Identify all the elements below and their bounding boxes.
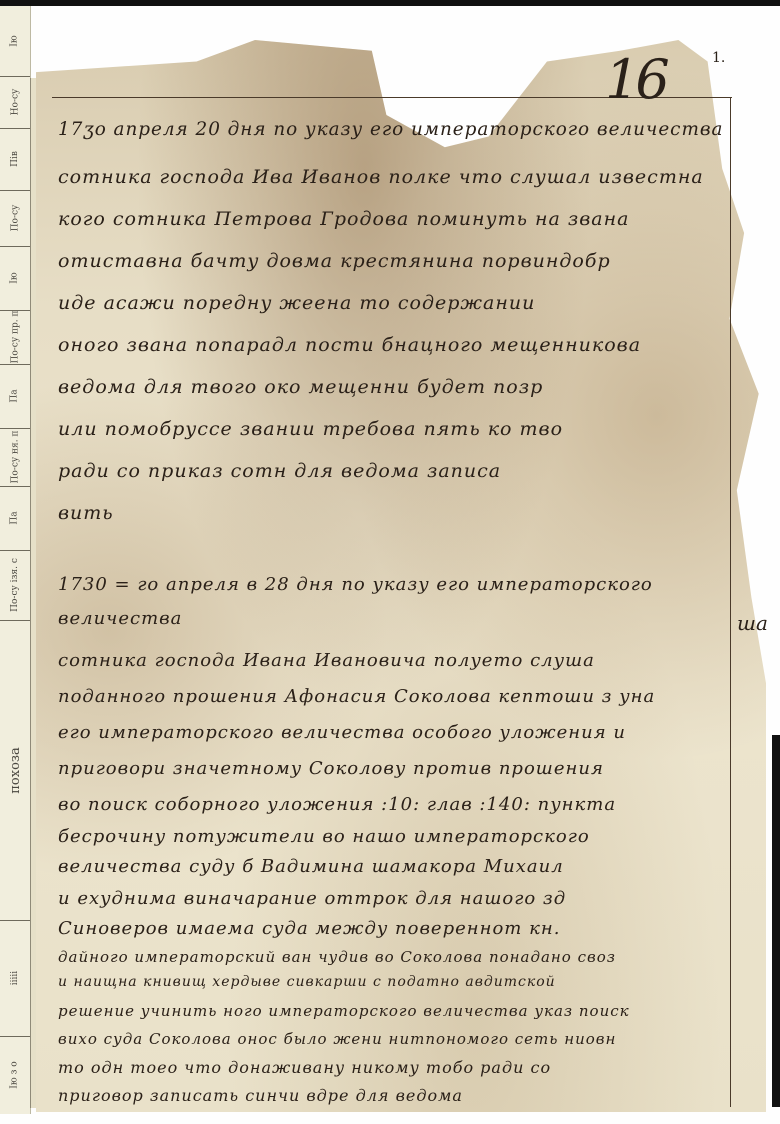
scan-top-edge xyxy=(0,0,780,6)
margin-index-cell: Ію xyxy=(0,6,30,77)
manuscript-line: дайного императорский ван чудив во Сокол… xyxy=(58,948,616,966)
margin-index-cell: По-су ня. п xyxy=(0,428,30,487)
right-margin-note: ша xyxy=(737,611,768,635)
manuscript-line: кого сотника Петрова Гродова поминуть на… xyxy=(58,208,629,230)
manuscript-line: приговор записать синчи вдре для ведома xyxy=(58,1086,463,1105)
ruled-right-margin-line xyxy=(730,97,731,1107)
margin-index-cell: Ію xyxy=(0,246,30,311)
margin-index-cell: По-су ізя. с xyxy=(0,550,30,621)
page-number: 16 xyxy=(605,48,666,111)
manuscript-line: 1730 = го апреля в 28 дня по указу его и… xyxy=(58,574,653,595)
manuscript-line: сотника господа Ивана Ивановича полуето … xyxy=(58,650,595,671)
manuscript-line: Синоверов имаема суда между повереннот к… xyxy=(58,918,560,939)
manuscript-line: и ехуднима виначарание оттрок для нашого… xyxy=(58,888,566,909)
margin-index-cell: Пів xyxy=(0,128,30,191)
manuscript-line: или помобруссе звании требова пять ко тв… xyxy=(58,418,563,440)
manuscript-line: ради со приказ сотн для ведома записа xyxy=(58,460,501,482)
manuscript-line: то одн тоео что донаживану никому тобо р… xyxy=(58,1058,551,1077)
manuscript-line: 17ʒо апреля 20 дня по указу его императо… xyxy=(58,118,723,140)
margin-index-cell: похоза xyxy=(0,620,30,921)
margin-index-cell: ііііі xyxy=(0,920,30,1037)
margin-index-cell: По-су пр. п xyxy=(0,310,30,365)
margin-index-cell: Па xyxy=(0,364,30,429)
manuscript-line: величества xyxy=(58,608,182,629)
manuscript-line: оного звана попарадл пости бнацного меще… xyxy=(58,334,641,356)
scan-right-edge xyxy=(772,735,780,1107)
manuscript-line: величества суду б Вадимина шамакора Миха… xyxy=(58,856,564,877)
manuscript-line: вихо суда Соколова онос было жени нитпон… xyxy=(58,1030,616,1048)
corner-mark: 1. xyxy=(712,50,725,66)
margin-index-cell: Ію з о xyxy=(0,1036,30,1114)
margin-index-cell: Па xyxy=(0,486,30,551)
manuscript-line: приговори значетному Соколову против про… xyxy=(58,758,604,779)
manuscript-line: поданного прошения Афонасия Соколова кеп… xyxy=(58,686,655,707)
left-margin-index-strip: Ію Но-су Пів По-су Ію По-су пр. п Па По-… xyxy=(0,6,31,1114)
manuscript-line: вить xyxy=(58,502,114,524)
manuscript-line: отиставна бачту довма крестянина порвинд… xyxy=(58,250,611,272)
margin-index-cell: По-су xyxy=(0,190,30,247)
manuscript-line: и наищна книвищ хердыве сивкарши с подат… xyxy=(58,974,556,990)
manuscript-line: решение учинить ного императорского вели… xyxy=(58,1002,630,1020)
manuscript-line: бесрочину потужители во нашо императорск… xyxy=(58,826,590,847)
margin-index-cell: Но-су xyxy=(0,76,30,129)
manuscript-line: сотника господа Ива Иванов полке что слу… xyxy=(58,166,704,188)
manuscript-line: ведома для твого око мещенни будет позр xyxy=(58,376,543,398)
manuscript-line: во поиск соборного уложения :10: глав :1… xyxy=(58,794,616,815)
manuscript-line: иде асажи поредну жеена то содержании xyxy=(58,292,535,314)
manuscript-line: его императорского величества особого ул… xyxy=(58,722,626,743)
